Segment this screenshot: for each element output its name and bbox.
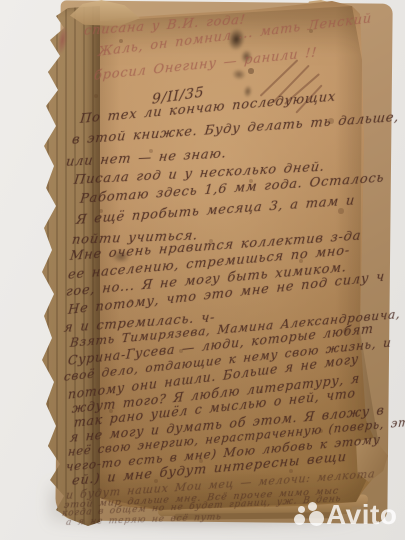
avito-logo-dot [298,506,305,513]
handwritten-text-layer: списана у В.И. года!Жаль, он помнил ... … [0,0,405,540]
avito-watermark-label: Avito [326,499,397,531]
avito-logo-dot [294,514,305,525]
avito-logo-dot [309,511,324,526]
avito-watermark: Avito [292,499,402,535]
avito-logo-dot [308,502,317,511]
photo-of-old-diary: списана у В.И. года!Жаль, он помнил ... … [0,0,405,540]
